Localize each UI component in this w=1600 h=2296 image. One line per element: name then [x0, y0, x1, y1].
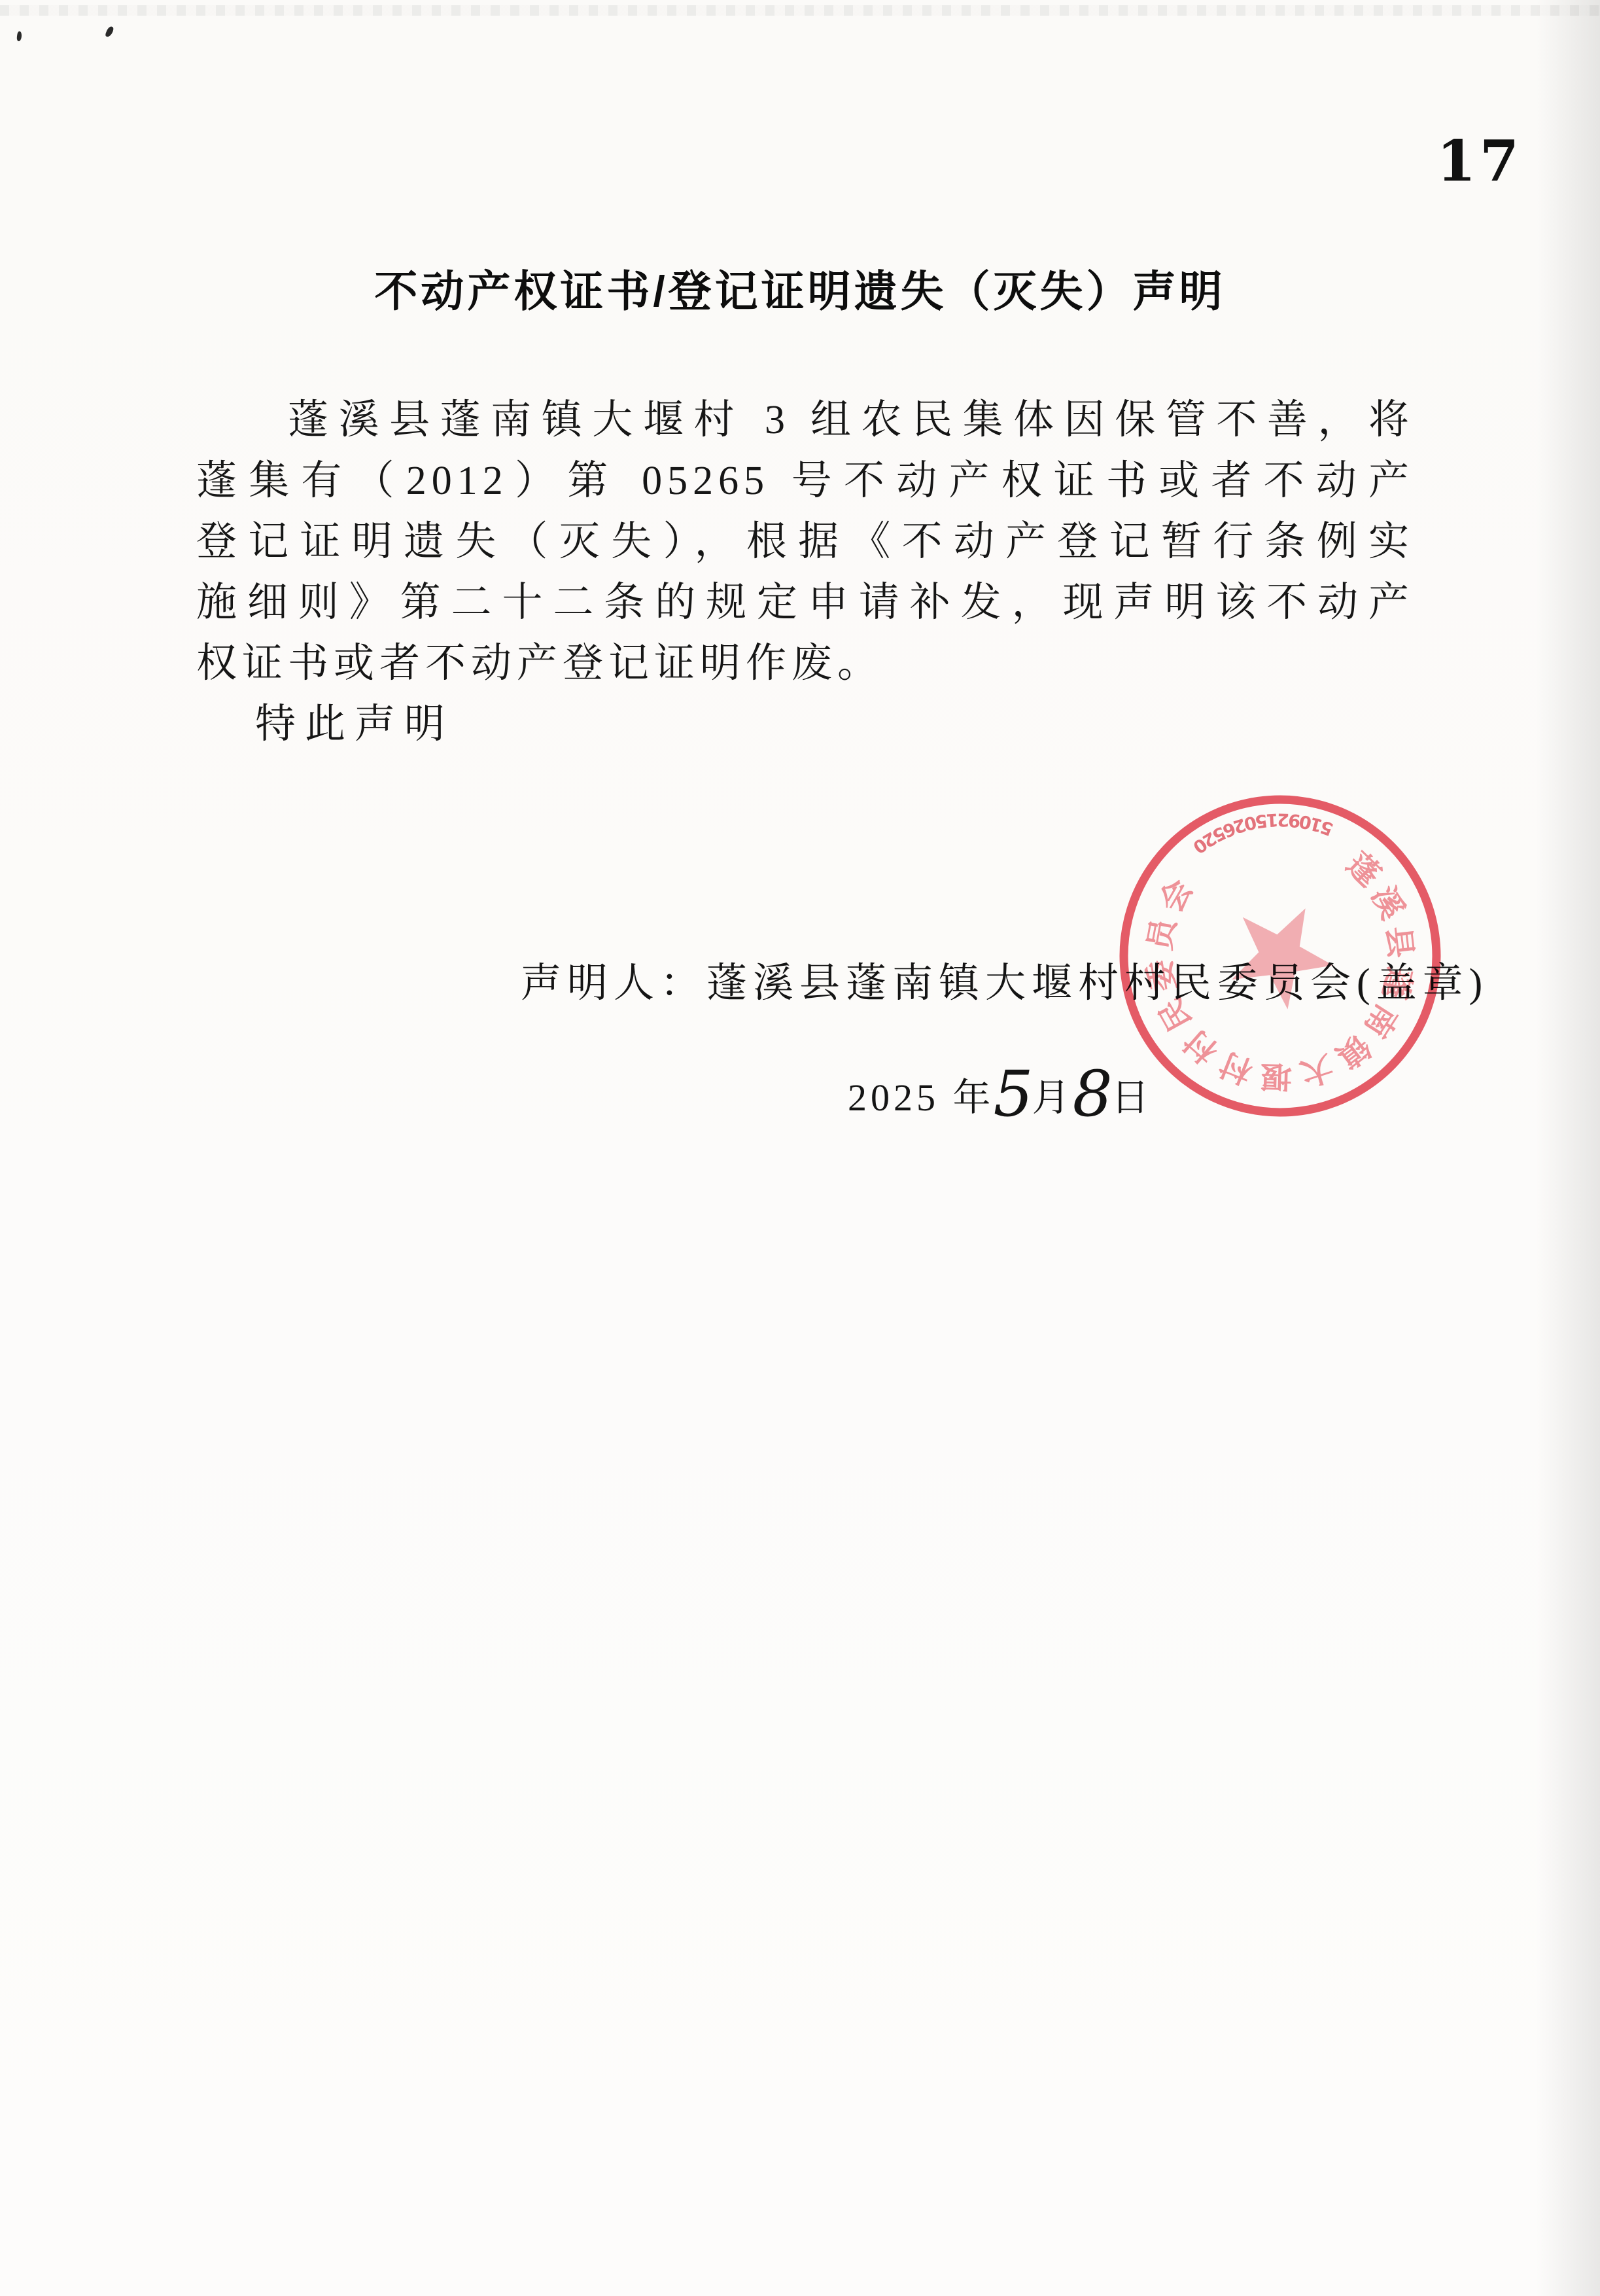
scan-speck [16, 31, 22, 42]
seal-ring-char: 会 [1154, 874, 1200, 918]
seal-ring-char: 溪 [1365, 881, 1410, 925]
seal-ring-char: 民 [1153, 992, 1198, 1036]
seal-code: 5 1 0 9 2 1 5 0 2 6 5 2 0 [1186, 800, 1338, 858]
body-line: 蓬溪县蓬南镇大堰村 3 组农民集体因保管不善，将 [196, 390, 1414, 451]
official-seal: 蓬 溪 县 蓬 南 镇 大 堰 村 村 民 委 员 会 5 1 [1116, 792, 1444, 1120]
seal-ring-char: 蓬 [1376, 964, 1417, 1002]
seal-ring-char: 大 [1296, 1048, 1337, 1091]
document-title: 不动产权证书/登记证明遗失（灭失）声明 [0, 256, 1600, 319]
scanned-document-page: 17 不动产权证书/登记证明遗失（灭失）声明 蓬溪县蓬南镇大堰村 3 组农民集体… [0, 0, 1600, 2296]
closing-line: 特此声明 [255, 694, 1473, 755]
date-day-handwritten: 8 [1073, 1057, 1113, 1131]
seal-ring-char: 委 [1143, 957, 1182, 994]
seal-ring-char: 员 [1143, 913, 1183, 953]
page-number: 17 [1436, 128, 1523, 194]
seal-ring-char: 蓬 [1340, 847, 1386, 894]
body-paragraph: 蓬溪县蓬南镇大堰村 3 组农民集体因保管不善，将 蓬集有（2012）第 0526… [196, 390, 1414, 755]
date-year: 2025 [848, 1076, 939, 1119]
date-month-label: 月 [1032, 1076, 1074, 1119]
scan-artifact-band [0, 5, 1600, 16]
official-seal-graphic: 蓬 溪 县 蓬 南 镇 大 堰 村 村 民 委 员 会 5 1 [1116, 792, 1444, 1120]
seal-ring-char: 镇 [1329, 1027, 1376, 1075]
seal-star-icon [1223, 906, 1338, 1016]
scan-speck [105, 26, 114, 38]
date-line: 2025 年5月8日 [848, 1052, 1153, 1125]
seal-ring-char: 村 [1215, 1046, 1257, 1089]
date-month-handwritten: 5 [994, 1057, 1034, 1131]
date-year-label: 年 [953, 1076, 995, 1119]
seal-ring-char: 村 [1178, 1023, 1225, 1070]
seal-ring-char: 县 [1380, 925, 1417, 960]
seal-ring-char: 堰 [1260, 1057, 1293, 1093]
seal-ring-char: 南 [1357, 998, 1404, 1043]
body-line: 蓬集有（2012）第 05265 号不动产权证书或者不动产 [196, 451, 1414, 512]
body-line: 登记证明遗失（灭失），根据《不动产登记暂行条例实 [196, 512, 1414, 573]
body-line: 施细则》第二十二条的规定申请补发，现声明该不动产 [196, 573, 1414, 633]
body-line: 权证书或者不动产登记证明作废。 [196, 633, 1414, 694]
